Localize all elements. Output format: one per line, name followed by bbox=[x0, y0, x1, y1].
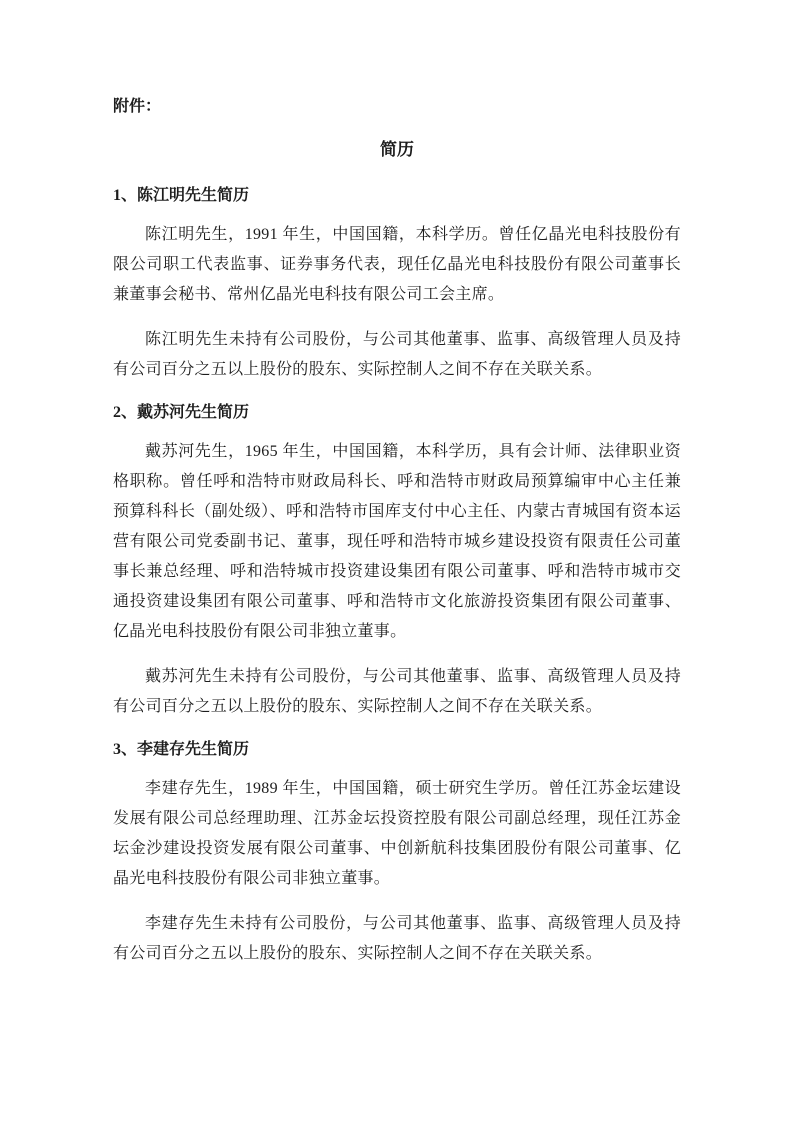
section-heading: 1、陈江明先生简历 bbox=[113, 184, 681, 208]
section-dai-suhe: 2、戴苏河先生简历 戴苏河先生，1965 年生，中国国籍，本科学历，具有会计师、… bbox=[113, 401, 681, 722]
attachment-label: 附件： bbox=[113, 96, 681, 118]
paragraph: 陈江明先生未持有公司股份，与公司其他董事、监事、高级管理人员及持有公司百分之五以… bbox=[113, 325, 681, 385]
section-li-jiancun: 3、李建存先生简历 李建存先生，1989 年生，中国国籍，硕士研究生学历。曾任江… bbox=[113, 738, 681, 969]
document-title: 简历 bbox=[113, 138, 681, 162]
paragraph: 李建存先生未持有公司股份，与公司其他董事、监事、高级管理人员及持有公司百分之五以… bbox=[113, 909, 681, 969]
section-heading: 2、戴苏河先生简历 bbox=[113, 401, 681, 425]
section-chen-jiangming: 1、陈江明先生简历 陈江明先生，1991 年生，中国国籍，本科学历。曾任亿晶光电… bbox=[113, 184, 681, 385]
paragraph: 戴苏河先生未持有公司股份，与公司其他董事、监事、高级管理人员及持有公司百分之五以… bbox=[113, 662, 681, 722]
paragraph: 李建存先生，1989 年生，中国国籍，硕士研究生学历。曾任江苏金坛建设发展有限公… bbox=[113, 774, 681, 894]
paragraph: 戴苏河先生，1965 年生，中国国籍，本科学历，具有会计师、法律职业资格职称。曾… bbox=[113, 437, 681, 647]
paragraph: 陈江明先生，1991 年生，中国国籍，本科学历。曾任亿晶光电科技股份有限公司职工… bbox=[113, 220, 681, 310]
document-page: 附件： 简历 1、陈江明先生简历 陈江明先生，1991 年生，中国国籍，本科学历… bbox=[0, 0, 794, 1123]
section-heading: 3、李建存先生简历 bbox=[113, 738, 681, 762]
